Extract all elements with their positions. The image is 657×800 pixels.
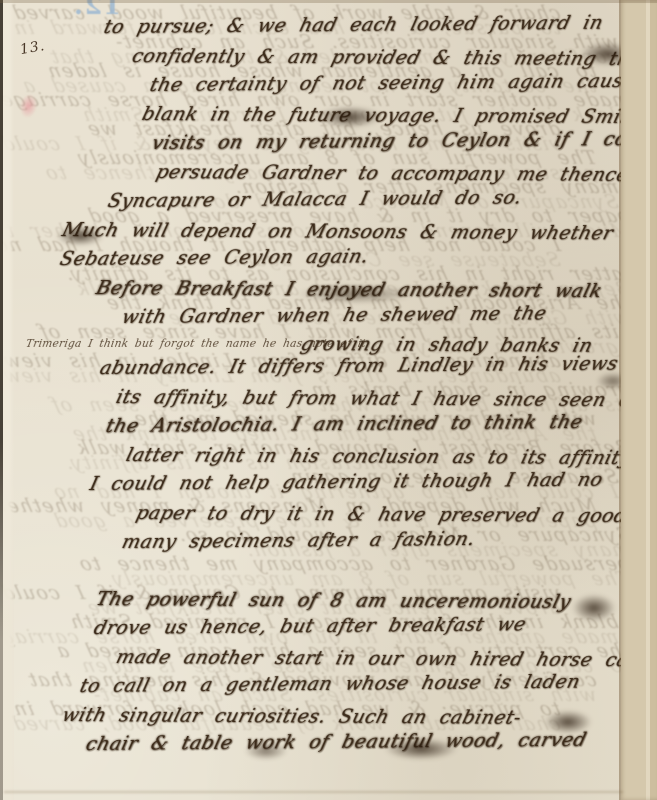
handwriting-line: the certainty of not seeing him again ca… [146,70,645,103]
ink-blot [56,226,104,246]
handwriting-line: with Gardner when he shewed me the [118,301,645,335]
page-top-edge [0,0,657,3]
handwriting-line: Sebateuse see Ceylon again. [56,243,645,277]
manuscript-page: chair & table work of beautiful wood, ca… [0,0,657,800]
handwriting-line: drove us hence, but after breakfast we [90,612,645,646]
page-right-edge [619,0,657,800]
handwriting-line: abundance. It differs from Lindley in hi… [96,352,645,386]
handwriting-line: visits on my returning to Ceylon & if I … [148,128,645,161]
page-left-edge [0,0,14,800]
bottom-crease [4,791,623,793]
handwriting-line: Syncapure or Malacca I would do so. [104,185,645,219]
ink-blot [318,106,382,128]
manuscript-text: to pursue; & we had each looked forward … [0,16,637,762]
ink-blot [244,742,288,760]
handwriting-line: to pursue; & we had each looked forward … [100,11,645,45]
handwriting-line: to call on a gentleman whose house is la… [76,670,645,704]
ink-blot [296,284,416,304]
ink-blot [544,710,592,734]
ink-blot [572,594,616,622]
handwriting-line: many specimens after a fashion. [118,526,645,560]
handwriting-line: I could not help gathering it though I h… [86,468,645,502]
ink-blot [384,738,458,760]
interlinear-note: Trimeriga I think but forgot the name he… [25,338,367,350]
handwriting-line: the Aristolochia. I am inclined to think… [102,410,645,444]
